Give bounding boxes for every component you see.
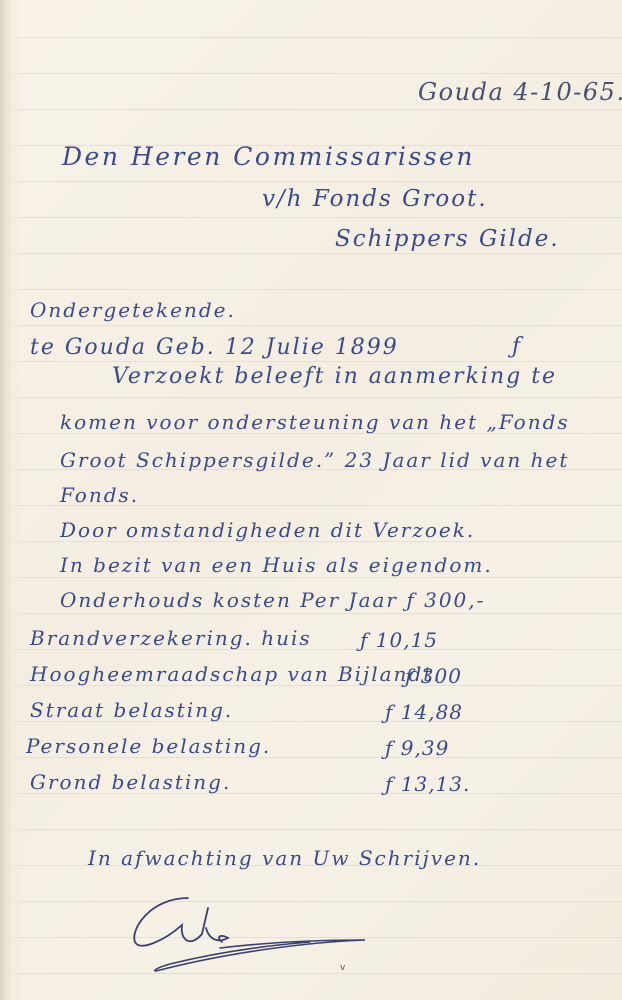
body-line: komen voor ondersteuning van het „Fonds — [60, 412, 570, 432]
body-line: Fonds. — [60, 485, 139, 505]
body-line: Ondergetekende. — [30, 300, 236, 320]
expense-amount: ƒ 10,15 — [360, 630, 438, 650]
place-date: Gouda 4-10-65. — [418, 80, 622, 104]
expense-label: Hoogheemraadschap van Bijlandt. — [30, 664, 442, 684]
margin-mark: ƒ — [512, 336, 522, 358]
small-mark: v — [340, 963, 345, 973]
expense-amount: ƒ 13,13. — [385, 774, 470, 794]
body-line: In bezit van een Huis als eigendom. — [60, 555, 493, 575]
recipient-line-3: Schippers Gilde. — [335, 228, 560, 251]
body-line: Groot Schippersgilde.” 23 Jaar lid van h… — [60, 450, 569, 470]
expense-amount: ƒ 9,39 — [385, 738, 449, 758]
expense-label: Personele belasting. — [26, 736, 271, 756]
expense-label: Brandverzekering. huis — [30, 628, 312, 648]
body-line: te Gouda Geb. 12 Julie 1899 — [30, 337, 399, 359]
body-line: Onderhouds kosten Per Jaar ƒ 300,- — [60, 590, 485, 610]
expense-label: Grond belasting. — [30, 772, 231, 792]
closing-line: In afwachting van Uw Schrijven. — [88, 848, 481, 868]
recipient-line-2: v/h Fonds Groot. — [262, 188, 488, 211]
signature — [110, 890, 370, 980]
body-line: Verzoekt beleeft in aanmerking te — [112, 366, 557, 388]
body-line: Door omstandigheden dit Verzoek. — [60, 520, 475, 540]
expense-amount: ƒ 300 — [405, 666, 462, 686]
expense-amount: ƒ 14,88 — [385, 702, 463, 722]
expense-label: Straat belasting. — [30, 700, 233, 720]
recipient-line-1: Den Heren Commissarissen — [62, 144, 475, 169]
